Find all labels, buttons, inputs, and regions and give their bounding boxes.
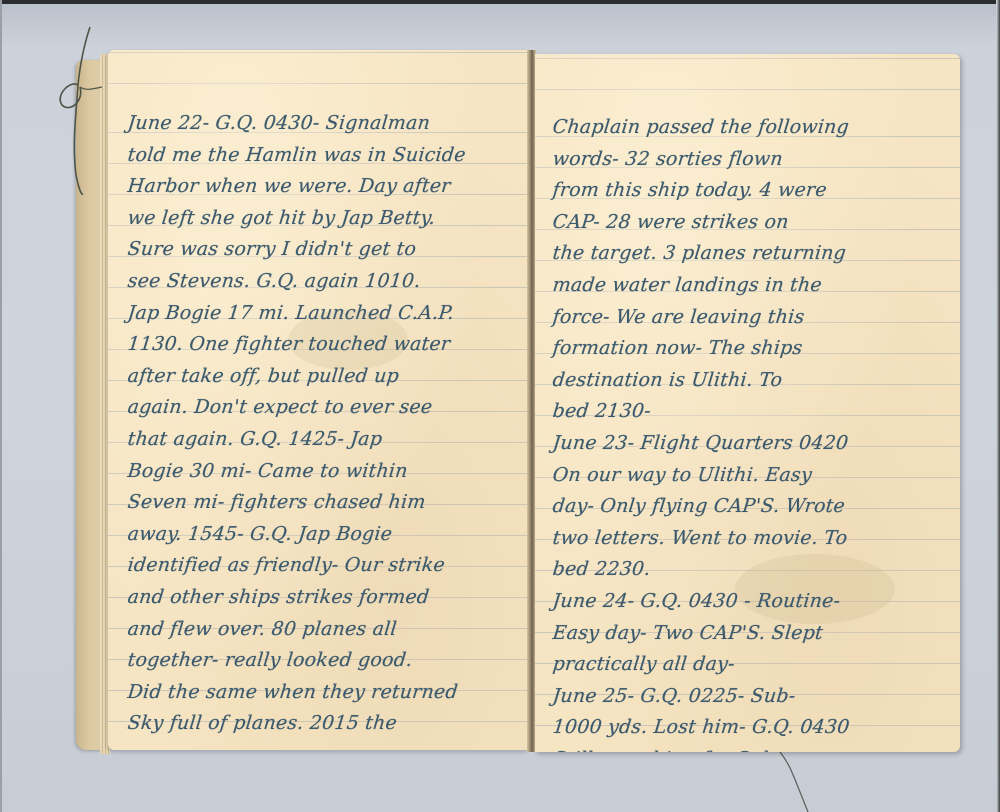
handwritten-line: we left she got hit by Jap Betty. [108, 203, 528, 235]
handwritten-line: together- really looked good. [108, 645, 528, 677]
left-page-text: June 22- G.Q. 0430- Signalman told me th… [108, 50, 528, 750]
handwritten-line: see Stevens. G.Q. again 1010. [108, 266, 528, 298]
handwritten-line: Seven mi- fighters chased him [108, 487, 528, 519]
handwritten-line: Jap Bogie 17 mi. Launched C.A.P. [108, 298, 528, 330]
handwritten-line: June 22- G.Q. 0430- Signalman [108, 108, 528, 140]
handwritten-line: CAP- 28 were strikes on [535, 207, 960, 239]
handwritten-line: Bogie 30 mi- Came to within [108, 456, 528, 488]
scanner-left-edge [0, 0, 2, 812]
handwritten-line: again. Don't expect to ever see [108, 392, 528, 424]
handwritten-line: June 23- Flight Quarters 0420 [535, 428, 960, 460]
handwritten-line: Sky full of planes. 2015 the [108, 708, 528, 740]
handwritten-line: On our way to Ulithi. Easy [535, 460, 960, 492]
scanner-top-edge [0, 0, 1000, 4]
handwritten-line: Easy day- Two CAP'S. Slept [535, 618, 960, 650]
handwritten-line: Did the same when they returned [108, 677, 528, 709]
handwritten-line: Chaplain passed the following [535, 112, 960, 144]
handwritten-line: two letters. Went to movie. To [535, 523, 960, 555]
handwritten-line: and flew over. 80 planes all [108, 614, 528, 646]
handwritten-line: 1000 yds. Lost him- G.Q. 0430 [535, 712, 960, 744]
handwritten-line: identified as friendly- Our strike [108, 550, 528, 582]
handwritten-line: practically all day- [535, 649, 960, 681]
handwritten-line: 1130. One fighter touched water [108, 329, 528, 361]
loose-thread-icon [778, 752, 818, 812]
handwritten-line: bed 2130- [535, 396, 960, 428]
handwritten-line: Sure was sorry I didn't get to [108, 234, 528, 266]
diary-page-left: June 22- G.Q. 0430- Signalman told me th… [108, 50, 528, 750]
handwritten-line: the target. 3 planes returning [535, 238, 960, 270]
handwritten-line: that again. G.Q. 1425- Jap [108, 424, 528, 456]
handwritten-line: June 24- G.Q. 0430 - Routine- [535, 586, 960, 618]
handwritten-line: and other ships strikes formed [108, 582, 528, 614]
handwritten-line: from this ship today. 4 were [535, 175, 960, 207]
handwritten-line: Harbor when we were. Day after [108, 171, 528, 203]
handwritten-line: destination is Ulithi. To [535, 365, 960, 397]
scanner-right-edge [996, 0, 1000, 812]
handwritten-line: Still searching for Sub. [535, 744, 960, 752]
handwritten-line: after take off, but pulled up [108, 361, 528, 393]
handwritten-line: June 25- G.Q. 0225- Sub- [535, 681, 960, 713]
handwritten-line: force- We are leaving this [535, 302, 960, 334]
handwritten-line: made water landings in the [535, 270, 960, 302]
right-page-text: Chaplain passed the following words- 32 … [535, 54, 960, 752]
handwritten-line: words- 32 sorties flown [535, 144, 960, 176]
binding-thread-icon [50, 25, 110, 195]
handwritten-line: away. 1545- G.Q. Jap Bogie [108, 519, 528, 551]
diary-page-right: Chaplain passed the following words- 32 … [535, 54, 960, 752]
handwritten-line: told me the Hamlin was in Suicide [108, 140, 528, 172]
handwritten-line: formation now- The ships [535, 333, 960, 365]
handwritten-line: bed 2230. [535, 554, 960, 586]
handwritten-line: day- Only flying CAP'S. Wrote [535, 491, 960, 523]
